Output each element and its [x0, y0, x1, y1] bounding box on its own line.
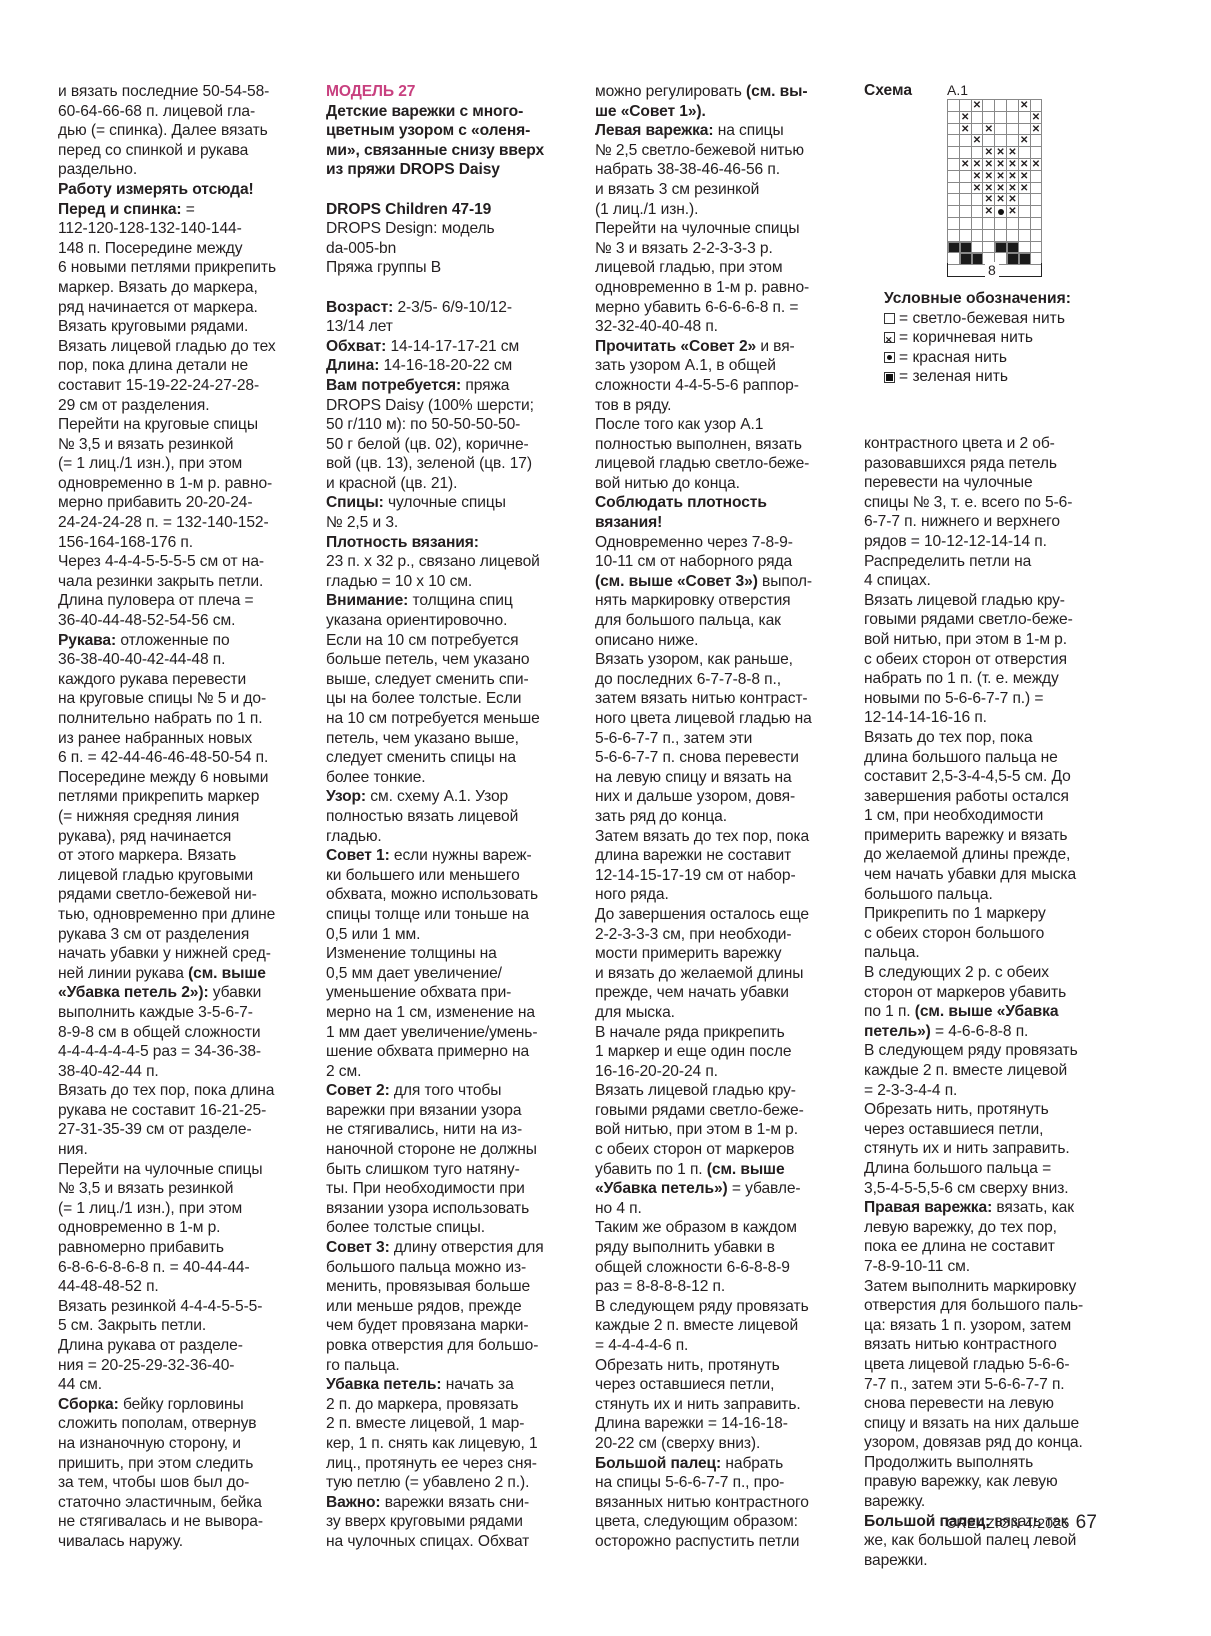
beige-cell: [983, 135, 995, 147]
brown-cell: [1019, 183, 1031, 195]
brown-cell: [972, 135, 984, 147]
text-line: вой нитью, при этом в 1-м р.: [864, 630, 1114, 650]
text-line: спицы № 3, т. е. всего по 5-6-: [864, 493, 1114, 513]
beige-cell: [1031, 171, 1043, 183]
brown-cell: [983, 183, 995, 195]
legend: Условные обозначения: = светло-бежевая н…: [884, 289, 1071, 387]
beige-cell: [1019, 206, 1031, 218]
brown-cell: [995, 147, 1007, 159]
text-line: менить, провязывая больше: [326, 1277, 576, 1297]
text-line: более толстые спицы.: [326, 1218, 576, 1238]
text-line: (= нижняя средняя линия: [58, 807, 308, 827]
text-line: Длина рукава от разделе-: [58, 1336, 308, 1356]
text-line: Перейти на чулочные спицы: [595, 219, 845, 239]
text-line: указана ориентировочно.: [326, 611, 576, 631]
text-line: 12-14-15-17-19 см от набор-: [595, 866, 845, 886]
beige-cell: [1019, 194, 1031, 206]
schema-title: Схема: [864, 82, 912, 100]
beige-cell: [948, 194, 960, 206]
text-line: [326, 278, 576, 298]
text-line: тов в ряду.: [595, 396, 845, 416]
magazine-issue: CREAZION 4/2025: [946, 1515, 1070, 1531]
text-line: до желаемой длины прежде,: [864, 845, 1114, 865]
text-line: 27-31-35-39 см от разделе-: [58, 1120, 308, 1140]
text-line: вой (цв. 13), зеленой (цв. 17): [326, 454, 576, 474]
text-line: 2-2-3-3-3 см, при необходи-: [595, 925, 845, 945]
text-line: Обрезать нить, протянуть: [595, 1356, 845, 1376]
beige-cell: [1007, 124, 1019, 136]
text-line: больше петель, чем указано: [326, 650, 576, 670]
text-line: Длина варежки = 14-16-18-: [595, 1414, 845, 1434]
text-line: зу вверх круговыми рядами: [326, 1512, 576, 1532]
text-line: для большого пальца, как: [595, 611, 845, 631]
text-line: Вязать лицевой гладью кру-: [595, 1081, 845, 1101]
beige-cell: [972, 147, 984, 159]
text-line: 4-4-4-4-4-4-5 раз = 34-36-38-: [58, 1042, 308, 1062]
beige-cell: [983, 100, 995, 112]
beige-cell: [983, 230, 995, 242]
text-line: Плотность вязания:: [326, 533, 576, 553]
text-line: левую варежку, до тех пор,: [864, 1218, 1114, 1238]
green-cell: [960, 242, 972, 254]
text-line: узором, довязав ряд до конца.: [864, 1433, 1114, 1453]
text-line: 36-38-40-40-42-44-48 п.: [58, 650, 308, 670]
text-line: зать узором A.1, в общей: [595, 356, 845, 376]
text-line: Детские варежки с много-: [326, 102, 576, 122]
text-line: дью (= спинка). Далее вязать: [58, 121, 308, 141]
brown-cell: [1007, 147, 1019, 159]
brown-cell: [1019, 159, 1031, 171]
text-line: через оставшиеся петли,: [595, 1375, 845, 1395]
text-line: рукава), ряд начинается: [58, 827, 308, 847]
text-line: 36-40-44-48-52-54-56 см.: [58, 611, 308, 631]
text-line: одновременно в 1-м р. равно-: [595, 278, 845, 298]
text-line: 16-16-20-20-24 п.: [595, 1062, 845, 1082]
text-column-4: контрастного цвета и 2 об-разовавшихся р…: [864, 434, 1114, 1570]
beige-cell: [972, 194, 984, 206]
brown-cell: [995, 194, 1007, 206]
beige-cell: [995, 100, 1007, 112]
text-line: цы на более толстые. Если: [326, 689, 576, 709]
text-line: цветным узором с «оленя-: [326, 121, 576, 141]
text-line: новыми по 5-6-6-7-7 п.) =: [864, 689, 1114, 709]
text-line: на круговые спицы № 5 и до-: [58, 689, 308, 709]
text-line: № 3,5 и вязать резинкой: [58, 435, 308, 455]
text-line: рукава 3 см от разделения: [58, 925, 308, 945]
beige-cell: [972, 206, 984, 218]
beige-cell: [1031, 135, 1043, 147]
text-line: на чулочных спицах. Обхват: [326, 1532, 576, 1552]
text-line: примерить варежку и вязать: [864, 826, 1114, 846]
text-line: петель») = 4-6-6-8-8 п.: [864, 1022, 1114, 1042]
beige-cell: [948, 124, 960, 136]
text-line: Одновременно через 7-8-9-: [595, 533, 845, 553]
text-line: ряду выполнить убавки в: [595, 1238, 845, 1258]
text-line: Если на 10 см потребуется: [326, 631, 576, 651]
brown-cell: [972, 159, 984, 171]
text-line: ки большего или меньшего: [326, 866, 576, 886]
text-line: 60-64-66-68 п. лицевой гла-: [58, 102, 308, 122]
beige-cell: [1031, 230, 1043, 242]
brown-cell: [1007, 183, 1019, 195]
text-line: и вязать 3 см резинкой: [595, 180, 845, 200]
text-line: гладью.: [326, 827, 576, 847]
beige-cell: [1019, 230, 1031, 242]
page-footer: CREAZION 4/202567: [946, 1512, 1097, 1534]
text-line: набрать 38-38-46-46-56 п.: [595, 160, 845, 180]
text-line: вязанных нитью контрастного: [595, 1493, 845, 1513]
text-line: Совет 1: если нужны вареж-: [326, 846, 576, 866]
text-line: большого пальца можно из-: [326, 1258, 576, 1278]
text-line: После того как узор A.1: [595, 415, 845, 435]
beige-cell: [1019, 242, 1031, 254]
text-line: 4 спицах.: [864, 571, 1114, 591]
beige-cell: [1007, 112, 1019, 124]
text-line: чала резинки закрыть петли.: [58, 572, 308, 592]
text-line: (1 лиц./1 изн.).: [595, 200, 845, 220]
text-line: Рукава: отложенные по: [58, 631, 308, 651]
text-line: длина варежки не составит: [595, 846, 845, 866]
text-line: 6-8-6-6-8-6-8 п. = 40-44-44-: [58, 1258, 308, 1278]
green-cell: [995, 242, 1007, 254]
text-line: 6 новыми петлями прикрепить: [58, 258, 308, 278]
text-line: длина большого пальца не: [864, 748, 1114, 768]
text-line: по 1 п. (см. выше «Убавка: [864, 1002, 1114, 1022]
text-line: ного цвета лицевой гладью на: [595, 709, 845, 729]
green-cell: [1007, 242, 1019, 254]
text-line: 112-120-128-132-140-144-: [58, 219, 308, 239]
text-line: ния.: [58, 1140, 308, 1160]
text-line: 5-6-6-7-7 п., затем эти: [595, 729, 845, 749]
text-line: Перед и спинка: =: [58, 200, 308, 220]
text-line: 0,5 мм дает увеличение/: [326, 964, 576, 984]
beige-cell: [972, 112, 984, 124]
text-line: Возраст: 2-3/5- 6/9-10/12-: [326, 298, 576, 318]
brown-cell: [972, 183, 984, 195]
text-line: пришить, при этом следить: [58, 1454, 308, 1474]
beige-cell: [1031, 100, 1043, 112]
text-line: затем вязать нитью контраст-: [595, 689, 845, 709]
text-line: уменьшение обхвата при-: [326, 983, 576, 1003]
beige-cell: [1031, 194, 1043, 206]
beige-cell: [948, 230, 960, 242]
text-line: ты. При необходимости при: [326, 1179, 576, 1199]
text-line: Внимание: толщина спиц: [326, 591, 576, 611]
text-line: Пряжа группы B: [326, 258, 576, 278]
text-line: Через 4-4-4-5-5-5-5 см от на-: [58, 552, 308, 572]
text-line: сторон от маркеров убавить: [864, 983, 1114, 1003]
text-line: вязании узора использовать: [326, 1199, 576, 1219]
beige-cell: [1031, 183, 1043, 195]
beige-cell: [983, 112, 995, 124]
text-line: варежку.: [864, 1492, 1114, 1512]
text-line: можно регулировать (см. вы-: [595, 82, 845, 102]
text-line: ния = 20-25-29-32-36-40-: [58, 1356, 308, 1376]
text-line: ца: вязать 1 п. узором, затем: [864, 1316, 1114, 1336]
beige-cell: [948, 112, 960, 124]
text-line: 50 г/110 м): по 50-50-50-50-: [326, 415, 576, 435]
text-line: Большой палец: набрать: [595, 1454, 845, 1474]
beige-cell: [948, 206, 960, 218]
text-line: гладью = 10 x 10 см.: [326, 572, 576, 592]
text-line: мерно на 1 см, изменение на: [326, 1003, 576, 1023]
text-line: № 3 и вязать 2-2-3-3-3 р.: [595, 239, 845, 259]
text-line: начать убавки у нижней сред-: [58, 944, 308, 964]
legend-item-red: = красная нить: [884, 348, 1071, 368]
beige-cell: [960, 183, 972, 195]
text-line: ней линии рукава (см. выше: [58, 964, 308, 984]
text-line: Совет 2: для того чтобы: [326, 1081, 576, 1101]
text-line: с обеих сторон от отверстия: [864, 650, 1114, 670]
text-line: Левая варежка: на спицы: [595, 121, 845, 141]
text-line: на спицы 5-6-6-7-7 п., про-: [595, 1473, 845, 1493]
text-line: более тонкие.: [326, 768, 576, 788]
brown-cell: [983, 147, 995, 159]
beige-cell: [983, 242, 995, 254]
text-line: большого пальца.: [864, 885, 1114, 905]
text-line: Совет 3: длину отверстия для: [326, 1238, 576, 1258]
text-line: 2 п. до маркера, провязать: [326, 1395, 576, 1415]
brown-cell: [1007, 159, 1019, 171]
text-line: вой нитью, при этом в 1-м р.: [595, 1120, 845, 1140]
cross-square-icon: [884, 332, 895, 343]
text-line: статочно эластичным, бейка: [58, 1493, 308, 1513]
text-line: 1 мм дает увеличение/умень-: [326, 1023, 576, 1043]
text-line: с обеих сторон большого: [864, 924, 1114, 944]
brown-cell: [995, 159, 1007, 171]
text-line: выше, следует сменить спи-: [326, 670, 576, 690]
text-line: равномерно прибавить: [58, 1238, 308, 1258]
text-line: Вязать круговыми рядами.: [58, 317, 308, 337]
text-column-3: можно регулировать (см. вы-ше «Совет 1»)…: [595, 82, 845, 1552]
text-line: № 3,5 и вязать резинкой: [58, 1179, 308, 1199]
text-line: до последних 6-7-7-8-8 п.,: [595, 670, 845, 690]
text-line: одновременно в 1-м р. равно-: [58, 474, 308, 494]
text-line: шение обхвата примерно на: [326, 1042, 576, 1062]
empty-square-icon: [884, 313, 895, 324]
text-line: цвета лицевой гладью 5-6-6-: [864, 1355, 1114, 1375]
text-line: маркер. Вязать до маркера,: [58, 278, 308, 298]
beige-cell: [1007, 230, 1019, 242]
text-line: цвета, следующим образом:: [595, 1512, 845, 1532]
text-line: не стягивались, нити на из-: [326, 1120, 576, 1140]
width-label: 8: [985, 262, 999, 278]
beige-cell: [1031, 242, 1043, 254]
text-line: Обрезать нить, протянуть: [864, 1100, 1114, 1120]
text-line: 50 г белой (цв. 02), коричне-: [326, 435, 576, 455]
beige-cell: [1031, 147, 1043, 159]
beige-cell: [948, 147, 960, 159]
text-line: Длина большого пальца =: [864, 1159, 1114, 1179]
brown-cell: [1007, 206, 1019, 218]
brown-cell: [1031, 112, 1043, 124]
text-line: вязания!: [595, 513, 845, 533]
text-line: из ранее набранных новых: [58, 729, 308, 749]
text-line: каждого рукава перевести: [58, 670, 308, 690]
text-line: перед со спинкой и рукава: [58, 141, 308, 161]
text-line: прежде, чем начать убавки: [595, 983, 845, 1003]
brown-cell: [983, 171, 995, 183]
text-line: Продолжить выполнять: [864, 1453, 1114, 1473]
text-line: Соблюдать плотность: [595, 493, 845, 513]
beige-cell: [995, 218, 1007, 230]
beige-cell: [960, 147, 972, 159]
text-line: 6 п. = 42-44-46-46-48-50-54 п.: [58, 748, 308, 768]
text-line: или меньше рядов, прежде: [326, 1297, 576, 1317]
text-line: мерно прибавить 20-20-24-: [58, 493, 308, 513]
text-line: 2 п. вместе лицевой, 1 мар-: [326, 1414, 576, 1434]
text-line: ного ряда.: [595, 885, 845, 905]
text-line: сложности 4-4-5-5-6 раппор-: [595, 376, 845, 396]
text-line: Сборка: бейку горловины: [58, 1395, 308, 1415]
brown-cell: [1007, 171, 1019, 183]
beige-cell: [995, 230, 1007, 242]
text-line: DROPS Daisy (100% шерсти;: [326, 396, 576, 416]
text-line: 8-9-8 см в общей сложности: [58, 1023, 308, 1043]
text-line: выполнить каждые 3-5-6-7-: [58, 1003, 308, 1023]
text-line: = 2-3-3-4-4 п.: [864, 1081, 1114, 1101]
text-line: DROPS Design: модель: [326, 219, 576, 239]
text-line: варежки.: [864, 1551, 1114, 1571]
text-line: каждые 2 п. вместе лицевой: [864, 1061, 1114, 1081]
text-line: лицевой гладью светло-беже-: [595, 454, 845, 474]
text-line: говыми рядами светло-беже-: [595, 1101, 845, 1121]
text-line: пор, пока длина детали не: [58, 356, 308, 376]
text-line: 7-8-9-10-11 см.: [864, 1257, 1114, 1277]
text-line: рядами светло-бежевой ни-: [58, 885, 308, 905]
text-line: наночной стороне не должны: [326, 1140, 576, 1160]
text-line: 10-11 см от наборного ряда: [595, 552, 845, 572]
beige-cell: [948, 218, 960, 230]
beige-cell: [1007, 218, 1019, 230]
text-line: № 2,5 светло-бежевой нитью: [595, 141, 845, 161]
beige-cell: [995, 135, 1007, 147]
legend-title: Условные обозначения:: [884, 289, 1071, 309]
text-line: Затем выполнить маркировку: [864, 1277, 1114, 1297]
beige-cell: [972, 124, 984, 136]
beige-cell: [983, 218, 995, 230]
brown-cell: [960, 112, 972, 124]
beige-cell: [1019, 218, 1031, 230]
text-line: Вязать до тех пор, пока длина: [58, 1081, 308, 1101]
text-line: убавить по 1 п. (см. выше: [595, 1160, 845, 1180]
brown-cell: [1007, 194, 1019, 206]
legend-item-beige: = светло-бежевая нить: [884, 309, 1071, 329]
text-line: чем начать убавки для мыска: [864, 865, 1114, 885]
text-line: рукава не составит 16-21-25-: [58, 1101, 308, 1121]
text-line: Правая варежка: вязать, как: [864, 1198, 1114, 1218]
text-line: следует сменить спицы на: [326, 748, 576, 768]
beige-cell: [948, 183, 960, 195]
text-line: составит 2,5-3-4-4,5-5 см. До: [864, 767, 1114, 787]
beige-cell: [995, 112, 1007, 124]
brown-cell: [972, 100, 984, 112]
brown-cell: [1019, 171, 1031, 183]
text-line: вязать нитью контрастного: [864, 1335, 1114, 1355]
text-line: № 2,5 и 3.: [326, 513, 576, 533]
text-line: МОДЕЛЬ 27: [326, 82, 576, 102]
text-line: Важно: варежки вязать сни-: [326, 1493, 576, 1513]
text-line: для мыска.: [595, 1003, 845, 1023]
brown-cell: [1019, 135, 1031, 147]
text-line: Распределить петли на: [864, 552, 1114, 572]
beige-cell: [948, 159, 960, 171]
text-line: не стягивалась и не вывора-: [58, 1512, 308, 1532]
text-line: В следующем ряду провязать: [864, 1041, 1114, 1061]
green-cell: [948, 242, 960, 254]
text-line: на изнаночную сторону, и: [58, 1434, 308, 1454]
brown-cell: [983, 194, 995, 206]
text-line: вой нитью до конца.: [595, 474, 845, 494]
text-line: 5 см. Закрыть петли.: [58, 1316, 308, 1336]
text-line: же, как большой палец левой: [864, 1531, 1114, 1551]
red-cell: [995, 206, 1007, 218]
beige-cell: [1019, 112, 1031, 124]
brown-cell: [983, 124, 995, 136]
legend-item-green: = зеленая нить: [884, 367, 1071, 387]
text-line: контрастного цвета и 2 об-: [864, 434, 1114, 454]
brown-cell: [1019, 100, 1031, 112]
text-line: Таким же образом в каждом: [595, 1218, 845, 1238]
beige-cell: [972, 242, 984, 254]
text-line: 38-40-42-44 п.: [58, 1062, 308, 1082]
text-line: и красной (цв. 21).: [326, 474, 576, 494]
text-line: В следующих 2 р. с обеих: [864, 963, 1114, 983]
text-line: Длина: 14-16-18-20-22 см: [326, 356, 576, 376]
text-line: Работу измерять отсюда!: [58, 180, 308, 200]
text-line: нять маркировку отверстия: [595, 591, 845, 611]
text-line: петлями прикрепить маркер: [58, 787, 308, 807]
text-line: 5-6-6-7-7 п. снова перевести: [595, 748, 845, 768]
beige-cell: [948, 100, 960, 112]
text-column-1: и вязать последние 50-54-58-60-64-66-68 …: [58, 82, 308, 1552]
beige-cell: [948, 171, 960, 183]
text-line: (= 1 лиц./1 изн.), при этом: [58, 454, 308, 474]
filled-square-icon: [884, 372, 895, 383]
text-line: отверстия для большого паль-: [864, 1296, 1114, 1316]
text-line: 24-24-24-28 п. = 132-140-152-: [58, 513, 308, 533]
text-line: Прочитать «Совет 2» и вя-: [595, 337, 845, 357]
brown-cell: [995, 171, 1007, 183]
text-line: «Убавка петель») = убавле-: [595, 1179, 845, 1199]
brown-cell: [995, 183, 1007, 195]
text-line: 29 см от разделения.: [58, 396, 308, 416]
beige-cell: [960, 171, 972, 183]
beige-cell: [1019, 124, 1031, 136]
text-line: Перейти на чулочные спицы: [58, 1160, 308, 1180]
text-line: 7-7 п., затем эти 5-6-6-7-7 п.: [864, 1375, 1114, 1395]
text-line: Убавка петель: начать за: [326, 1375, 576, 1395]
text-line: [326, 180, 576, 200]
text-line: В начале ряда прикрепить: [595, 1023, 845, 1043]
text-line: спицу и вязать на них дальше: [864, 1414, 1114, 1434]
beige-cell: [972, 230, 984, 242]
brown-cell: [972, 171, 984, 183]
text-line: варежки при вязании узора: [326, 1101, 576, 1121]
text-line: 1 см, при необходимости: [864, 806, 1114, 826]
text-line: чем будет провязана марки-: [326, 1316, 576, 1336]
text-line: раз = 8-8-8-8-12 п.: [595, 1277, 845, 1297]
text-line: Изменение толщины на: [326, 944, 576, 964]
text-line: петель, чем указано выше,: [326, 729, 576, 749]
text-line: от этого маркера. Вязать: [58, 846, 308, 866]
text-line: зать ряд до конца.: [595, 807, 845, 827]
brown-cell: [1031, 124, 1043, 136]
text-line: 6-7-7 п. нижнего и верхнего: [864, 512, 1114, 532]
text-line: 156-164-168-176 п.: [58, 533, 308, 553]
beige-cell: [960, 194, 972, 206]
text-line: но 4 п.: [595, 1199, 845, 1219]
